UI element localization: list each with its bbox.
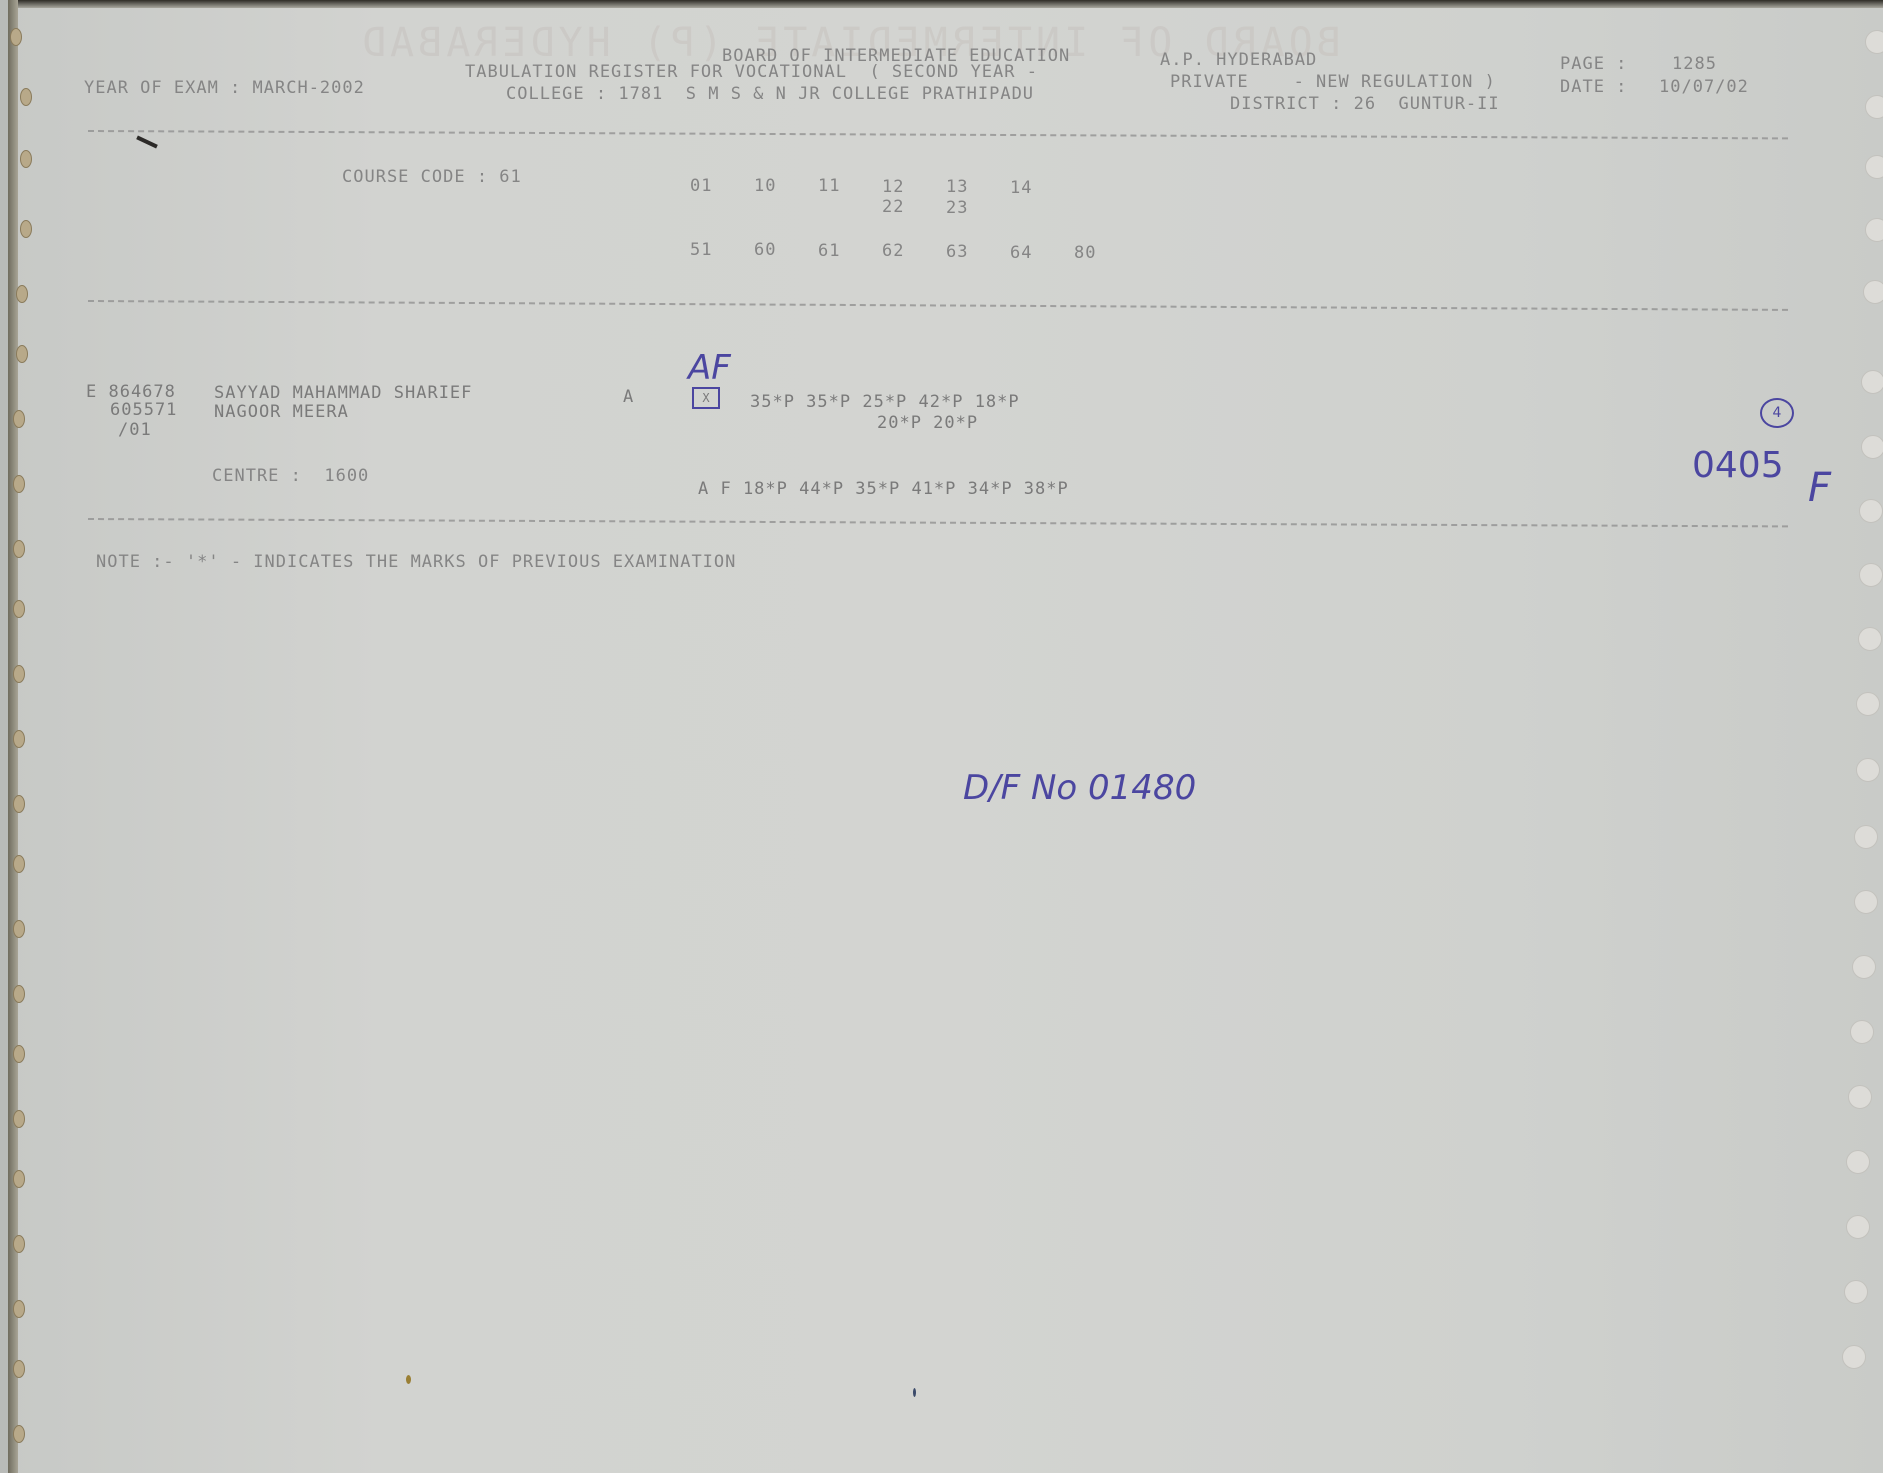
college-info: COLLEGE : 1781 S M S & N JR COLLEGE PRAT… <box>506 84 1034 104</box>
date-value: 10/07/02 <box>1659 77 1749 97</box>
sprocket-hole <box>13 1300 25 1318</box>
sprocket-hole <box>1859 563 1883 587</box>
sprocket-hole <box>1865 155 1883 179</box>
top-edge-shadow <box>8 0 1883 8</box>
sprocket-hole <box>13 730 25 748</box>
sprocket-hole <box>1846 1150 1870 1174</box>
sprocket-hole <box>13 600 25 618</box>
sprocket-hole <box>1856 758 1880 782</box>
sprocket-hole <box>16 345 28 363</box>
subject-code: 01 <box>690 176 712 196</box>
sprocket-hole <box>1858 627 1882 651</box>
sprocket-hole <box>1852 955 1876 979</box>
subject-code: 14 <box>1010 178 1032 198</box>
sprocket-hole <box>1865 95 1883 119</box>
subject-code: 64 <box>1010 243 1032 263</box>
circled-number: 4 <box>1760 398 1794 428</box>
district-info: DISTRICT : 26 GUNTUR-II <box>1230 94 1500 114</box>
subject-code: 12 <box>882 177 904 197</box>
register-type: PRIVATE - NEW REGULATION ) <box>1170 72 1496 92</box>
sprocket-hole <box>1850 1020 1874 1044</box>
subject-code: 22 <box>882 197 904 217</box>
sprocket-hole <box>13 1170 25 1188</box>
divider-line <box>88 518 1788 527</box>
sprocket-hole <box>1861 370 1883 394</box>
subject-code: 11 <box>818 176 840 196</box>
subject-code: 10 <box>754 176 776 196</box>
sprocket-hole <box>13 1045 25 1063</box>
course-code: COURSE CODE : 61 <box>342 167 522 187</box>
sprocket-hole <box>13 1360 25 1378</box>
sprocket-hole <box>1842 1345 1866 1369</box>
sprocket-hole <box>1854 825 1878 849</box>
sprocket-hole <box>1856 692 1880 716</box>
candidate-name: SAYYAD MAHAMMAD SHARIEF <box>214 383 472 403</box>
date-label: DATE : <box>1560 77 1627 97</box>
handwritten-grade: AF <box>688 348 731 388</box>
father-name: NAGOOR MEERA <box>214 402 349 422</box>
handwritten-file-reference: D/F No 01480 <box>963 768 1196 808</box>
subject-code: 63 <box>946 242 968 262</box>
sprocket-hole <box>1848 1085 1872 1109</box>
sprocket-hole <box>13 665 25 683</box>
page-number: 1285 <box>1672 54 1717 74</box>
marks-row-1: 35*P 35*P 25*P 42*P 18*P <box>750 392 1020 412</box>
candidate-category: A <box>623 387 634 407</box>
subject-code: 51 <box>690 240 712 260</box>
footnote: NOTE :- '*' - INDICATES THE MARKS OF PRE… <box>96 552 736 572</box>
centre-info: CENTRE : 1600 <box>212 466 369 486</box>
sprocket-hole <box>1844 1280 1868 1304</box>
page-label: PAGE : <box>1560 54 1627 74</box>
marks-row-1b: 20*P 20*P <box>877 413 978 433</box>
sprocket-hole <box>13 795 25 813</box>
board-location: A.P. HYDERABAD <box>1160 50 1317 70</box>
sprocket-hole <box>13 985 25 1003</box>
pen-tick-mark <box>136 136 158 149</box>
handwritten-serial: 0405 <box>1692 445 1784 486</box>
sprocket-hole <box>1846 1215 1870 1239</box>
sprocket-hole <box>10 28 22 46</box>
sprocket-hole <box>20 150 32 168</box>
sprocket-hole <box>13 475 25 493</box>
sprocket-hole <box>13 855 25 873</box>
registration-number: 605571 <box>110 400 177 420</box>
subject-code: 23 <box>946 198 968 218</box>
record-suffix: /01 <box>118 420 152 440</box>
subject-code: 60 <box>754 240 776 260</box>
tabulation-register-page: BOARD OF INTERMEDIATE (P) HYDERABAD BOAR… <box>8 0 1883 1473</box>
stain-spot <box>406 1375 411 1384</box>
sprocket-hole <box>1865 218 1883 242</box>
year-of-exam: YEAR OF EXAM : MARCH-2002 <box>84 78 365 98</box>
sprocket-hole <box>13 1425 25 1443</box>
sprocket-hole <box>13 920 25 938</box>
divider-line <box>88 130 1788 139</box>
sprocket-hole <box>13 1235 25 1253</box>
subject-code: 80 <box>1074 243 1096 263</box>
sprocket-hole <box>20 220 32 238</box>
sprocket-hole <box>1865 30 1883 54</box>
sprocket-hole <box>13 540 25 558</box>
sprocket-hole <box>1859 499 1883 523</box>
sprocket-hole <box>13 410 25 428</box>
subject-code: 61 <box>818 241 840 261</box>
ink-speck <box>913 1388 916 1397</box>
sprocket-hole <box>16 285 28 303</box>
grade-box: X <box>692 387 720 409</box>
divider-line <box>88 300 1788 311</box>
sprocket-hole <box>20 88 32 106</box>
sprocket-hole <box>13 1110 25 1128</box>
subject-code: 13 <box>946 177 968 197</box>
subject-code: 62 <box>882 241 904 261</box>
marks-row-2: A F 18*P 44*P 35*P 41*P 34*P 38*P <box>698 479 1069 499</box>
roll-number: E 864678 <box>86 382 176 402</box>
sprocket-hole <box>1863 280 1883 304</box>
register-title: TABULATION REGISTER FOR VOCATIONAL ( SEC… <box>465 62 1038 82</box>
sprocket-hole <box>1861 435 1883 459</box>
sprocket-hole <box>1854 890 1878 914</box>
handwritten-serial-suffix: F <box>1808 465 1831 511</box>
